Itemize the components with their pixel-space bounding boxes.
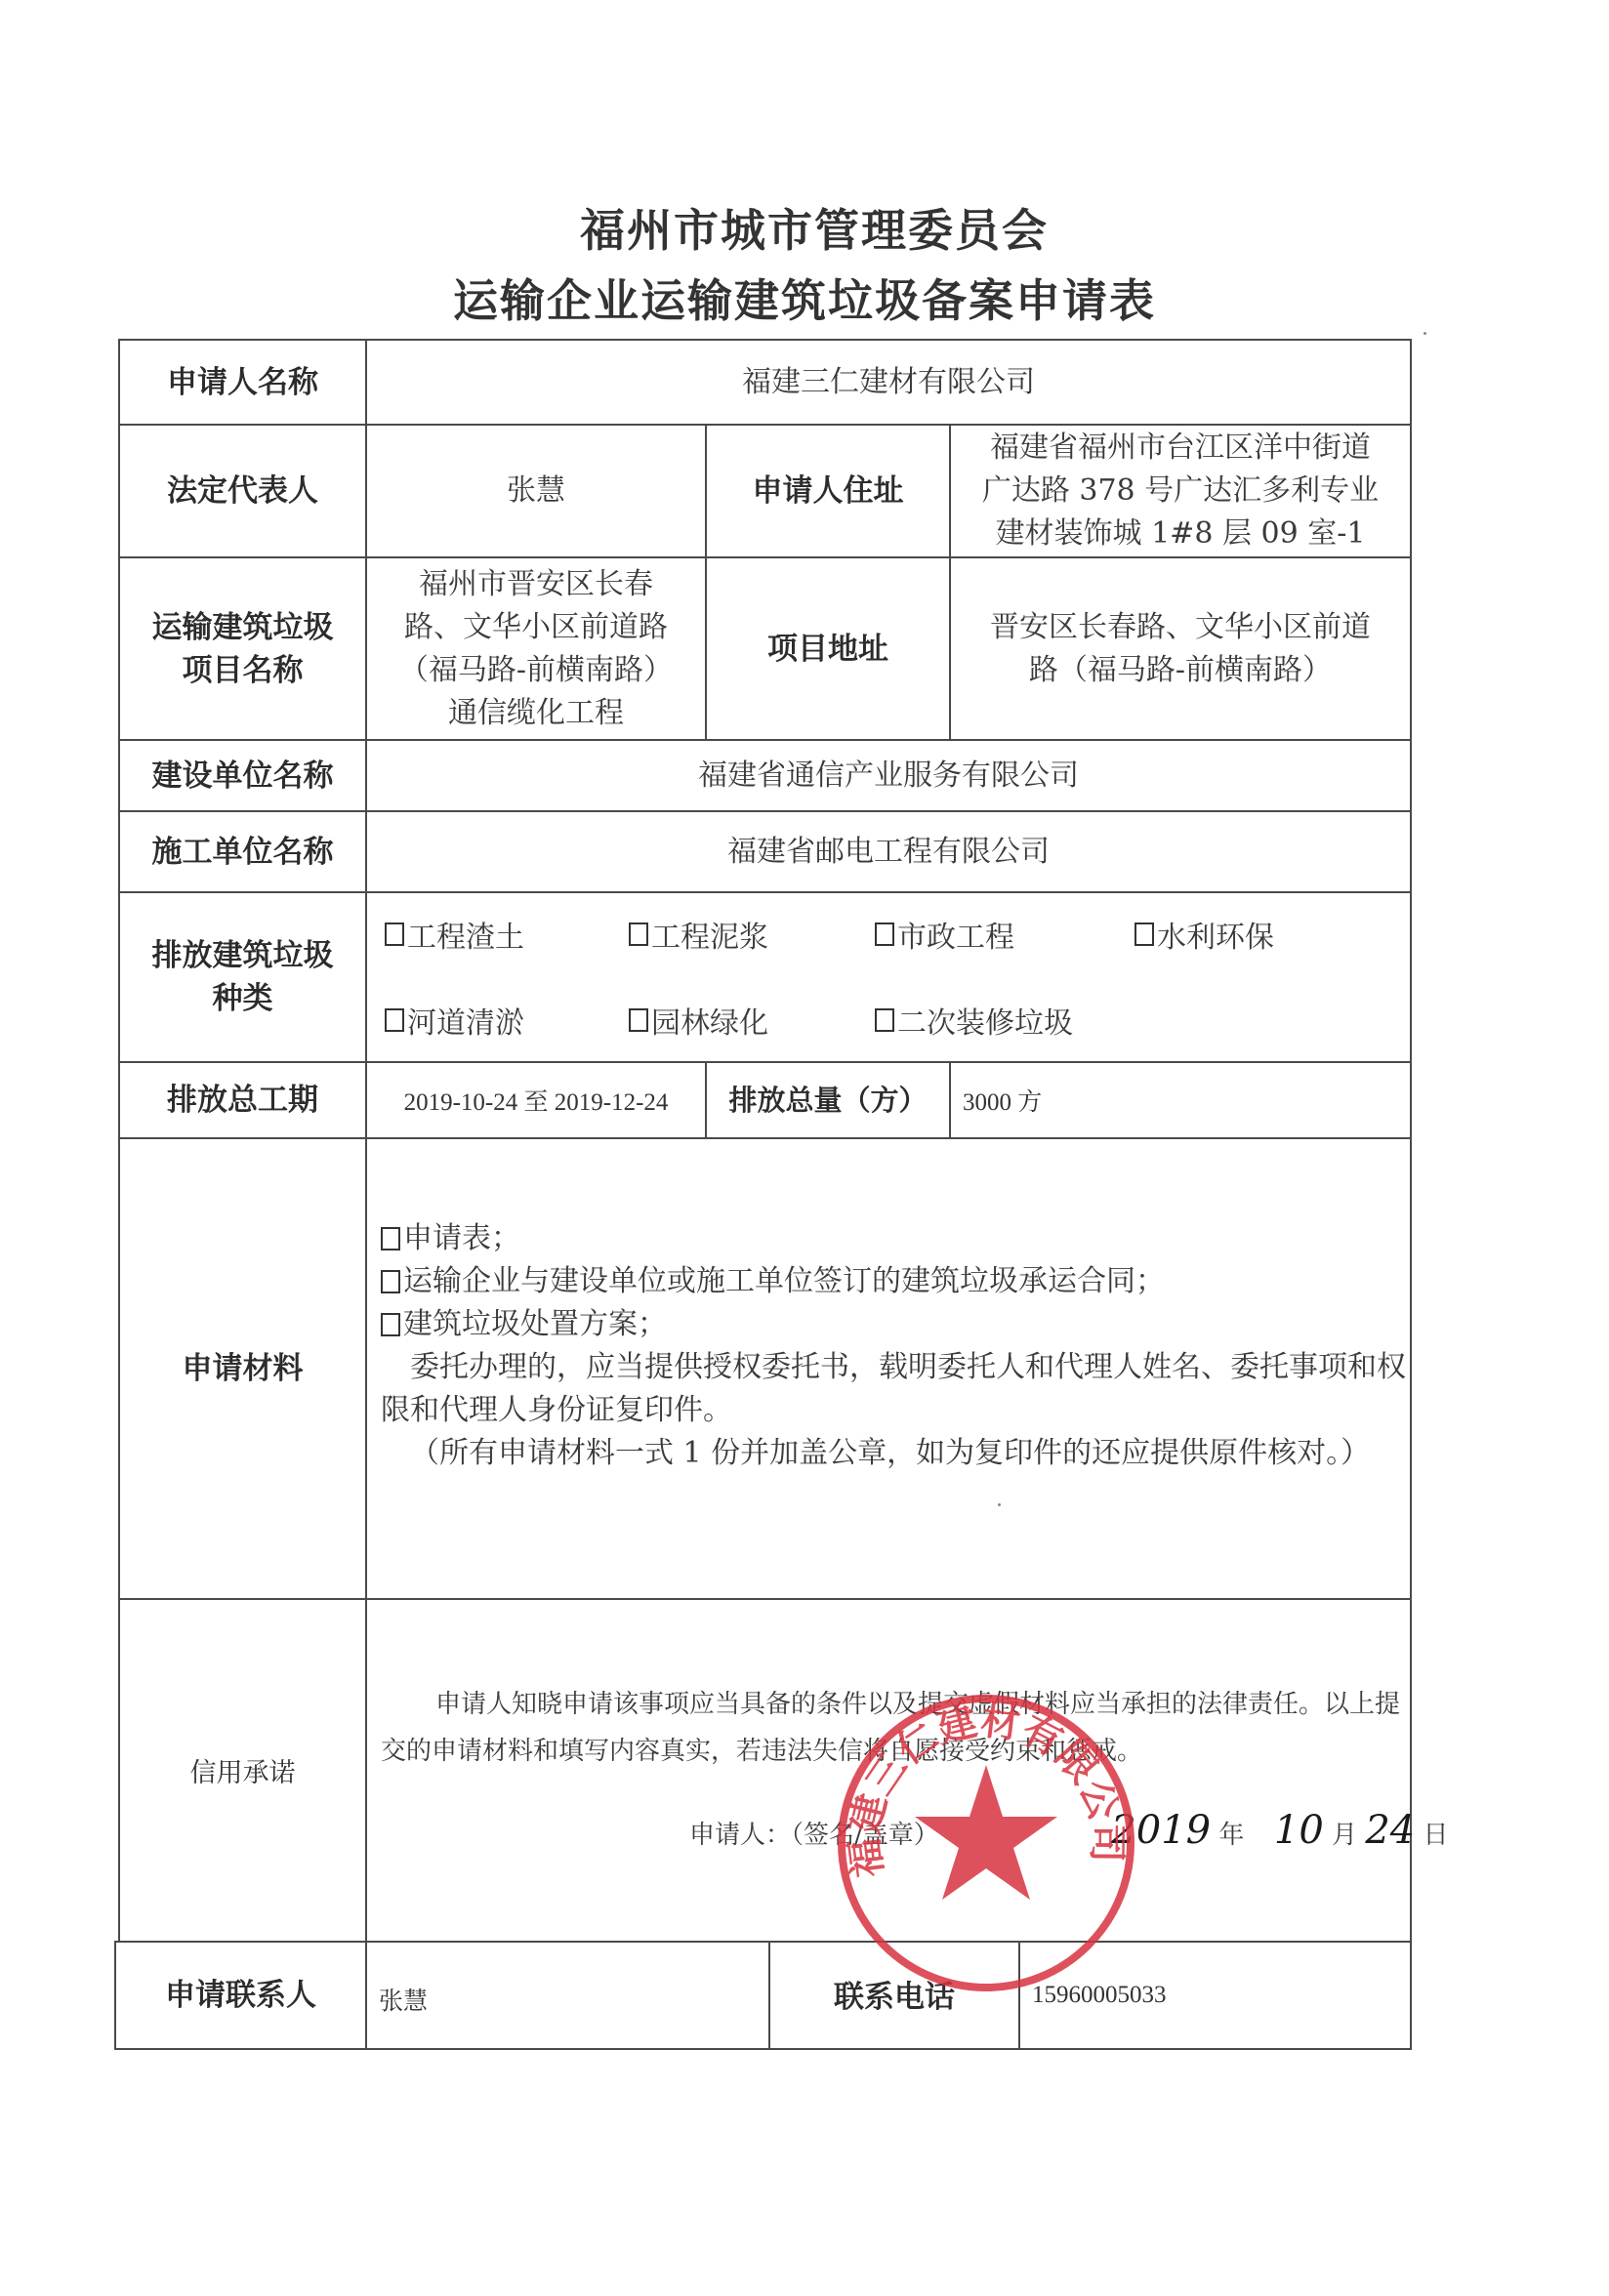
label-text: 排放建筑垃圾 [152, 934, 334, 977]
month-unit: 月 [1332, 1821, 1357, 1850]
project-address-line: 晋安区长春路、文华小区前道 [990, 606, 1371, 649]
period-value: 2019-10-24 至 2019-12-24 [404, 1083, 669, 1118]
label-text: 信用承诺 [190, 1751, 296, 1789]
checkbox-river-dredging[interactable]: 河道清淤 [385, 999, 629, 1042]
document-title-line2: 运输企业运输建筑垃圾备案申请表 [0, 266, 1609, 330]
checkbox-icon[interactable] [629, 1008, 648, 1032]
materials-label: 申请材料 [118, 1137, 367, 1600]
project-name-label: 运输建筑垃圾 项目名称 [118, 556, 367, 741]
label-text: 施工单位名称 [152, 831, 334, 874]
label-text: 申请人名称 [167, 361, 318, 404]
checkbox-icon[interactable] [381, 1313, 400, 1336]
year-unit: 年 [1218, 1821, 1244, 1850]
volume-label: 排放总量（方） [705, 1061, 951, 1139]
handwritten-month[interactable]: 10 [1274, 1808, 1324, 1853]
contractor-unit-value: 福建省邮电工程有限公司 [727, 831, 1050, 874]
label-text: 排放总量（方） [728, 1079, 927, 1122]
materials-item-label: 运输企业与建设单位或施工单位签订的建筑垃圾承运合同； [403, 1260, 1165, 1303]
checkbox-label: 水利环保 [1157, 913, 1274, 956]
checkbox-label: 河道清淤 [407, 999, 524, 1042]
label-text: 项目地址 [767, 628, 888, 671]
project-name-line: 通信缆化工程 [448, 692, 624, 735]
period-label: 排放总工期 [118, 1061, 367, 1139]
label-text: 排放总工期 [167, 1079, 318, 1122]
credit-promise-text: 申请人知晓申请该事项应当具备的条件以及提交虚假材料应当承担的法律责任。以上提交的… [381, 1681, 1406, 1775]
construction-unit-label: 建设单位名称 [118, 739, 367, 812]
materials-item-label: 申请表； [403, 1217, 520, 1260]
applicant-address-field[interactable]: 福建省福州市台江区洋中街道 广达路 378 号广达汇多利专业 建材装饰城 1#8… [949, 424, 1412, 558]
credit-promise-content: 申请人知晓申请该事项应当具备的条件以及提交虚假材料应当承担的法律责任。以上提交的… [381, 1681, 1406, 1775]
checkbox-water-conservancy[interactable]: 水利环保 [1135, 913, 1330, 956]
legal-rep-field[interactable]: 张慧 [365, 424, 707, 558]
scan-artifact [998, 1503, 1001, 1506]
applicant-name-label: 申请人名称 [118, 339, 367, 426]
phone-label: 联系电话 [768, 1941, 1020, 2050]
checkbox-engineering-slurry[interactable]: 工程泥浆 [629, 913, 875, 956]
label-text: 项目名称 [183, 649, 304, 692]
waste-types-field: 工程渣土 工程泥浆 市政工程 水利环保 河道清淤 园林绿化 二次装修垃圾 [365, 891, 1412, 1063]
checkbox-label: 工程泥浆 [651, 913, 768, 956]
label-text: 法定代表人 [167, 470, 318, 512]
checkbox-icon[interactable] [381, 1270, 400, 1293]
construction-unit-value: 福建省通信产业服务有限公司 [698, 755, 1079, 798]
label-text: 申请人住址 [753, 470, 904, 512]
document-title-line1: 福州市城市管理委员会 [0, 195, 1609, 260]
contact-label: 申请联系人 [114, 1941, 367, 2050]
checkbox-icon[interactable] [875, 1008, 894, 1032]
construction-unit-field[interactable]: 福建省通信产业服务有限公司 [365, 739, 1412, 812]
checkbox-municipal-works[interactable]: 市政工程 [875, 913, 1135, 956]
project-address-label: 项目地址 [705, 556, 951, 741]
phone-field[interactable]: 15960005033 [1018, 1941, 1412, 2050]
checkbox-icon[interactable] [1135, 922, 1154, 946]
label-text: 建设单位名称 [152, 755, 334, 798]
materials-item[interactable]: 建筑垃圾处置方案； [381, 1303, 1406, 1346]
signature-line: 申请人：（签名/盖章） 2019 年 10 月 24 日 [689, 1808, 1449, 1853]
credit-promise-label: 信用承诺 [118, 1598, 367, 1943]
project-name-field[interactable]: 福州市晋安区长春 路、文华小区前道路 （福马路-前横南路） 通信缆化工程 [365, 556, 707, 741]
materials-item-label: 建筑垃圾处置方案； [403, 1303, 667, 1346]
label-text: 申请联系人 [165, 1974, 316, 2017]
materials-note-copies: （所有申请材料一式 1 份并加盖公章，如为复印件的还应提供原件核对。） [381, 1432, 1406, 1475]
contact-field[interactable]: 张慧 [365, 1941, 770, 2050]
project-address-field[interactable]: 晋安区长春路、文华小区前道 路（福马路-前横南路） [949, 556, 1412, 741]
applicant-address-label: 申请人住址 [705, 424, 951, 558]
volume-value: 3000 方 [963, 1083, 1042, 1118]
phone-value: 15960005033 [1032, 1982, 1167, 2009]
address-line: 建材装饰城 1#8 层 09 室-1 [996, 512, 1366, 555]
project-name-line: （福马路-前横南路） [399, 649, 673, 692]
label-text: 申请材料 [183, 1347, 304, 1390]
applicant-name-field[interactable]: 福建三仁建材有限公司 [365, 339, 1412, 426]
checkbox-icon[interactable] [875, 922, 894, 946]
project-name-line: 路、文华小区前道路 [404, 606, 668, 649]
materials-content: 申请表； 运输企业与建设单位或施工单位签订的建筑垃圾承运合同； 建筑垃圾处置方案… [381, 1217, 1406, 1475]
handwritten-year[interactable]: 2019 [1111, 1808, 1211, 1853]
label-text: 种类 [213, 977, 273, 1020]
materials-note-proxy: 委托办理的，应当提供授权委托书，载明委托人和代理人姓名、委托事项和权限和代理人身… [381, 1346, 1406, 1432]
materials-item[interactable]: 申请表； [381, 1217, 1406, 1260]
contractor-unit-field[interactable]: 福建省邮电工程有限公司 [365, 810, 1412, 893]
checkbox-renovation-waste[interactable]: 二次装修垃圾 [875, 999, 1135, 1042]
scan-artifact [1423, 332, 1426, 335]
address-line: 广达路 378 号广达汇多利专业 [982, 470, 1379, 512]
materials-item[interactable]: 运输企业与建设单位或施工单位签订的建筑垃圾承运合同； [381, 1260, 1406, 1303]
waste-types-label: 排放建筑垃圾 种类 [118, 891, 367, 1063]
label-text: 运输建筑垃圾 [152, 606, 334, 649]
checkbox-label: 工程渣土 [407, 913, 524, 956]
waste-type-checkbox-group: 工程渣土 工程泥浆 市政工程 水利环保 河道清淤 园林绿化 二次装修垃圾 [385, 913, 1330, 1042]
checkbox-icon[interactable] [385, 922, 404, 946]
address-line: 福建省福州市台江区洋中街道 [990, 427, 1371, 470]
label-text: 联系电话 [834, 1976, 955, 2019]
checkbox-label: 园林绿化 [651, 999, 768, 1042]
checkbox-landscaping[interactable]: 园林绿化 [629, 999, 875, 1042]
period-field[interactable]: 2019-10-24 至 2019-12-24 [365, 1061, 707, 1139]
contractor-unit-label: 施工单位名称 [118, 810, 367, 893]
volume-field[interactable]: 3000 方 [949, 1061, 1412, 1139]
checkbox-label: 二次装修垃圾 [897, 999, 1073, 1042]
checkbox-icon[interactable] [385, 1008, 404, 1032]
project-address-line: 路（福马路-前横南路） [1029, 649, 1332, 692]
signature-label: 申请人：（签名/盖章） [689, 1821, 939, 1850]
contact-value: 张慧 [379, 1982, 428, 2017]
checkbox-label: 市政工程 [897, 913, 1014, 956]
checkbox-icon[interactable] [381, 1227, 400, 1250]
legal-rep-label: 法定代表人 [118, 424, 367, 558]
checkbox-engineering-muck[interactable]: 工程渣土 [385, 913, 629, 956]
checkbox-icon[interactable] [629, 922, 648, 946]
project-name-line: 福州市晋安区长春 [419, 563, 653, 606]
handwritten-day[interactable]: 24 [1365, 1808, 1415, 1853]
day-unit: 日 [1423, 1821, 1449, 1850]
legal-rep-value: 张慧 [507, 470, 565, 512]
applicant-name-value: 福建三仁建材有限公司 [742, 361, 1035, 404]
